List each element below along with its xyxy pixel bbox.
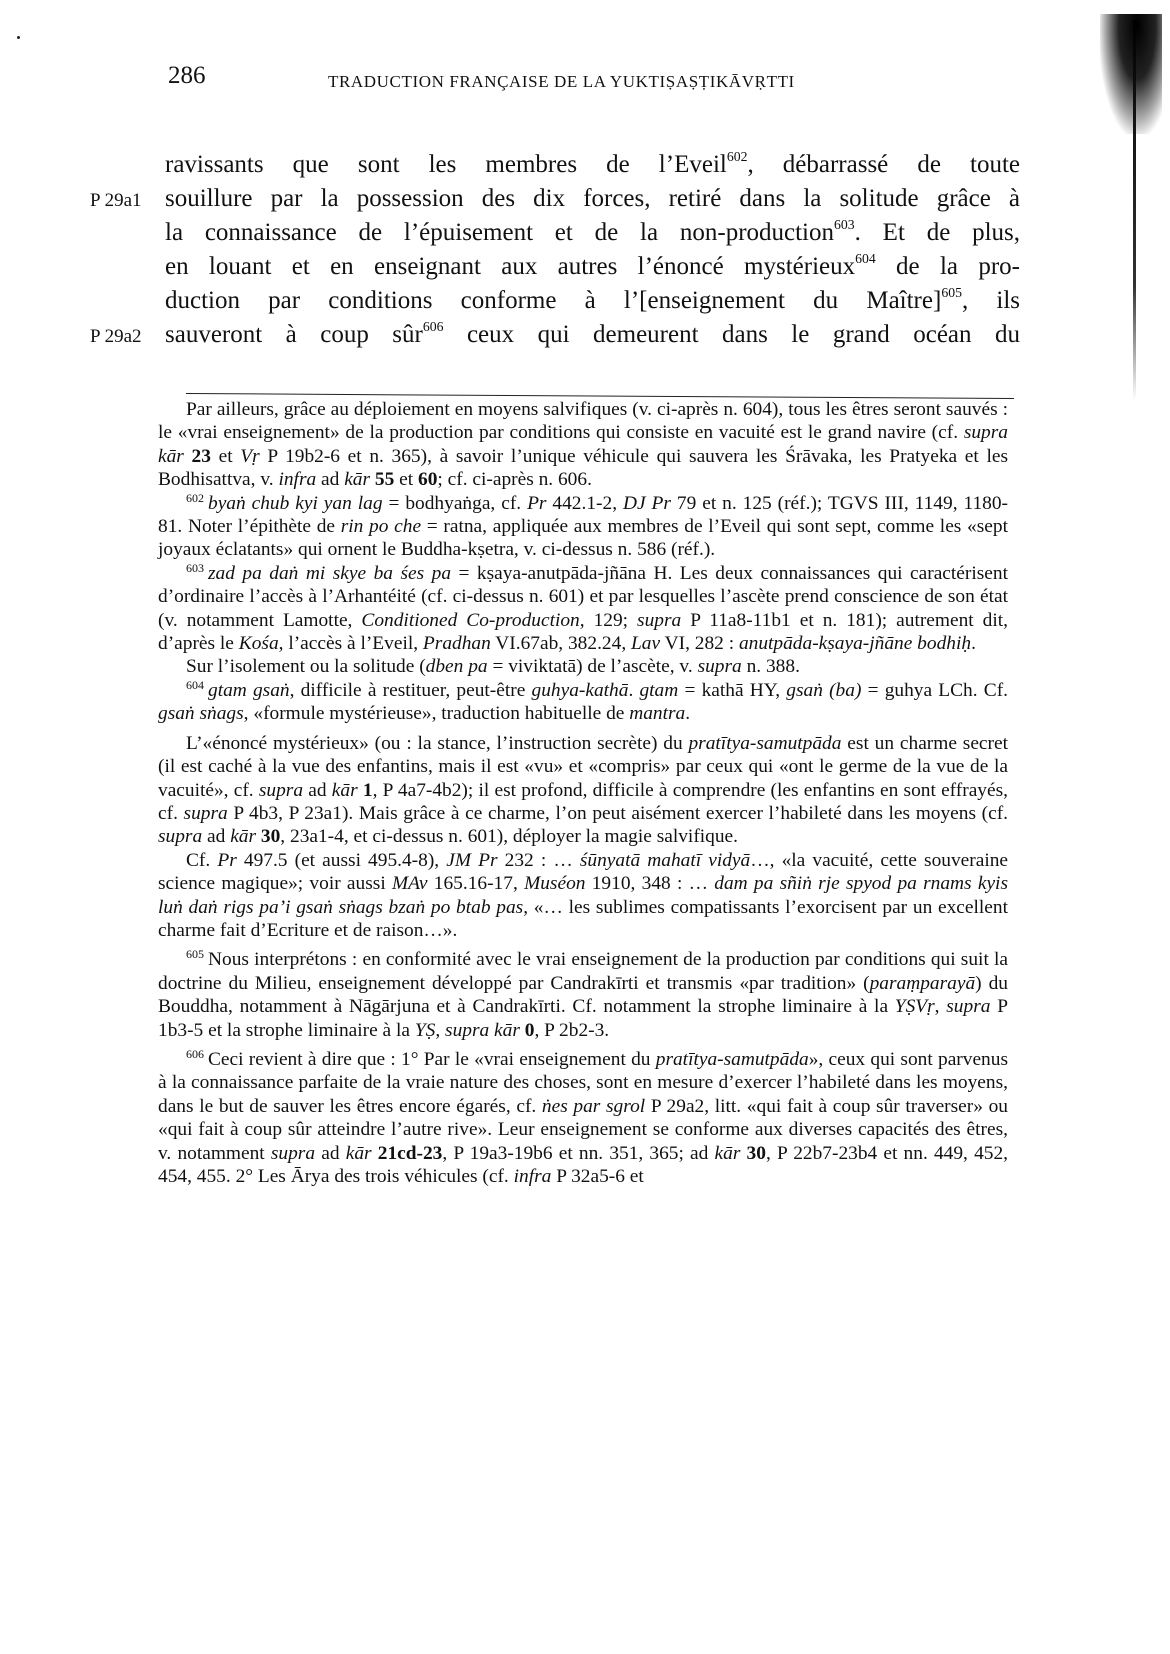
footnote-number: 603 [186,561,204,575]
main-line-3: la connaissance de l’épuisement et de la… [165,216,1020,250]
footnote-604-para-3: Cf. Pr 497.5 (et aussi 495.4-8), JM Pr 2… [158,849,1008,943]
footnote-604: 604gtam gsaṅ, difficile à restituer, peu… [158,679,1008,726]
scan-binding-shadow [1100,0,1170,1654]
margin-reference: P 29a1 [90,184,142,218]
running-title: TRADUCTION FRANÇAISE DE LA YUKTIṢAṢṬIKĀV… [328,72,795,92]
main-line-5: duction par conditions conforme à l’[ens… [165,284,1020,318]
footnote-number: 606 [186,1047,204,1061]
text: sauveront à coup sûr [165,321,423,348]
footnote-number: 605 [186,947,204,961]
text: souillure par la possession des dix forc… [165,185,1020,212]
scanned-page: 286 TRADUCTION FRANÇAISE DE LA YUKTIṢAṢṬ… [0,0,1170,1654]
text: . Et de plus, [855,219,1020,246]
footnote-ref-605[interactable]: 605 [941,285,962,300]
footnote-number: 604 [186,678,204,692]
footnote-ref-606[interactable]: 606 [423,319,444,334]
footnote-number: 602 [186,491,204,505]
text: , débarrassé de toute [747,151,1020,178]
footnote-ref-602[interactable]: 602 [727,149,748,164]
text: en louant et en enseignant aux autres l’… [165,253,855,280]
main-line-1: ravissants que sont les membres de l’Eve… [165,148,1020,182]
footnote-604-para-2: L’«énoncé mystérieux» (ou : la stance, l… [158,732,1008,849]
footnotes: Par ailleurs, grâce au déploiement en mo… [158,398,1008,1188]
margin-reference: P 29a2 [90,320,142,354]
footnote-606: 606Ceci revient à dire que : 1° Par le «… [158,1048,1008,1188]
text: , ils [962,287,1020,314]
main-text: ravissants que sont les membres de l’Eve… [165,148,1020,352]
footnote-ref-603[interactable]: 603 [834,217,855,232]
footnote-601-continuation: Par ailleurs, grâce au déploiement en mo… [158,398,1008,492]
text: ceux qui demeurent dans le grand océan d… [443,321,1020,348]
footnote-603-para-2: Sur l’isolement ou la solitude (dben pa … [158,655,1008,678]
main-line-4: en louant et en enseignant aux autres l’… [165,250,1020,284]
scan-dark-blot [1100,14,1162,134]
main-line-2: P 29a1 souillure par la possession des d… [165,182,1020,216]
main-line-6: P 29a2 sauveront à coup sûr606 ceux qui … [165,318,1020,352]
footnote-ref-604[interactable]: 604 [855,251,876,266]
footnote-602: 602byaṅ chub kyi yan lag = bodhyaṅga, cf… [158,492,1008,562]
text: de la pro- [876,253,1020,280]
text: ravissants que sont les membres de l’Eve… [165,151,727,178]
scan-speck [17,36,20,39]
running-head: 286 TRADUCTION FRANÇAISE DE LA YUKTIṢAṢṬ… [168,62,1028,102]
text: la connaissance de l’épuisement et de la… [165,219,834,246]
footnote-603: 603zad pa daṅ mi skye ba śes pa = kṣaya-… [158,562,1008,656]
footnote-605: 605Nous interprétons : en conformité ave… [158,948,1008,1042]
page-number: 286 [168,62,206,90]
scan-edge-line [1133,20,1136,400]
text: duction par conditions conforme à l’[ens… [165,287,941,314]
